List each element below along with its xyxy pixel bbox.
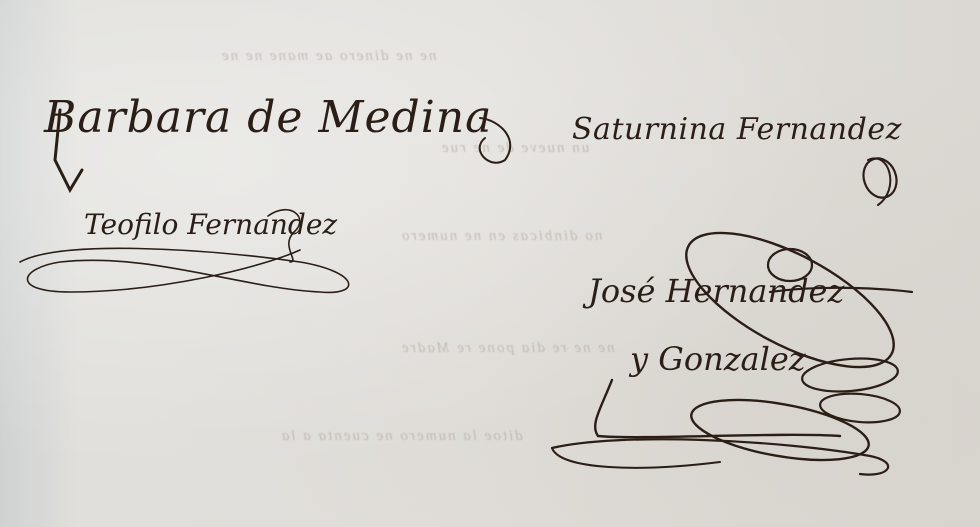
signature-saturnina-fernandez: Saturnina Fernandez [572, 112, 902, 147]
bleed-through-line: no dinbicas en ne numero [400, 228, 602, 245]
bleed-through-line: ne ne dinero ae mane ne ne [220, 48, 436, 65]
document-page: ne ne dinero ae mane ne ne un nueve de n… [0, 0, 980, 527]
signature-jose-hernandez-line2: y Gonzalez [630, 340, 806, 378]
signature-barbara-de-medina: Barbara de Medina [44, 92, 492, 143]
signature-flourishes [0, 0, 980, 527]
signature-jose-hernandez: José Hernandez [588, 272, 844, 310]
bleed-through-line: ditoe la numero ne cuenta a la [280, 428, 523, 445]
signature-teofilo-fernandez: Teofilo Fernandez [84, 208, 337, 241]
bleed-through-line: ne ne re dia pone re Madre [400, 340, 614, 357]
